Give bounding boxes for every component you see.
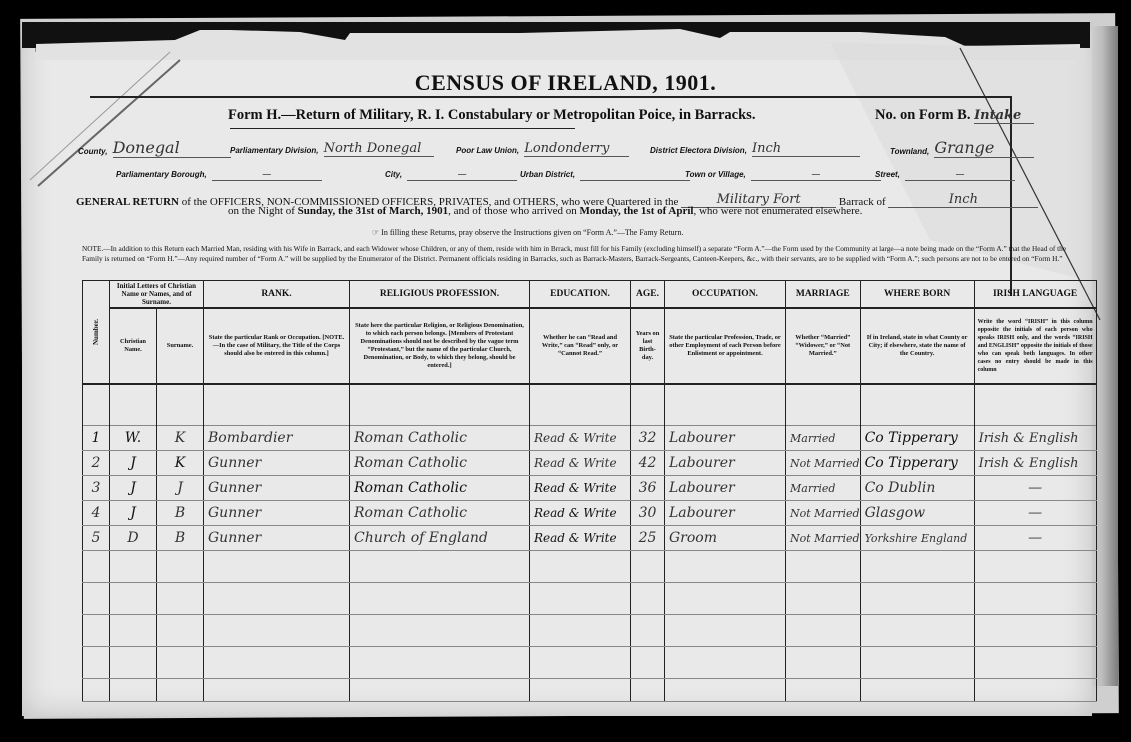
where-born-cell: Glasgow (860, 501, 974, 526)
census-night-suffix: , who were not enumerated elsewhere. (693, 205, 862, 217)
marriage-header: MARRIAGE (786, 281, 861, 309)
irish-language-cell: — (974, 501, 1096, 526)
parliamentary-division-field: Parliamentary Division, North Donegal (230, 138, 434, 157)
irish-language-cell: — (974, 476, 1096, 501)
parliamentary-borough-value: — (212, 170, 322, 181)
occupation-cell: Labourer (665, 501, 786, 526)
street-field: Street, — (875, 162, 1015, 181)
education-cell: Read & Write (530, 476, 631, 501)
surname-initial: J (157, 476, 204, 501)
instruction-line: ☞ In filling these Returns, pray observe… (372, 228, 683, 237)
census-night-date: Sunday, the 31st of March, 1901 (298, 205, 448, 217)
age-description: Years on last Birth-day. (631, 308, 665, 384)
marriage-cell: Not Married (786, 526, 861, 551)
rank-cell: Gunner (204, 451, 350, 476)
religion-header: RELIGIOUS PROFESSION. (350, 281, 530, 309)
occupation-cell: Labourer (665, 451, 786, 476)
where-born-header: WHERE BORN (860, 281, 974, 309)
form-b-label: No. on Form B. (875, 107, 970, 123)
form-b-number: No. on Form B. Intake (875, 107, 1034, 124)
education-header: EDUCATION. (530, 281, 631, 309)
occupation-cell: Groom (665, 526, 786, 551)
education-cell: Read & Write (530, 451, 631, 476)
age-header: AGE. (631, 281, 665, 309)
census-arrival-date: Monday, the 1st of April (579, 205, 693, 217)
form-title: Form H.—Return of Military, R. I. Consta… (228, 107, 755, 124)
county-field: County, Donegal (78, 138, 231, 158)
general-return-heading: GENERAL RETURN (76, 196, 179, 208)
surname-subheader: Surname. (157, 308, 204, 384)
religion-description: State here the particular Religion, or R… (350, 308, 530, 384)
surname-initial: B (157, 526, 204, 551)
urban-district-label: Urban District, (520, 170, 575, 179)
street-value: — (905, 170, 1015, 181)
number-header-label: Number. (92, 319, 100, 345)
ded-label: District Electora Division, (650, 146, 747, 155)
christian-name-subheader: Christian Name. (110, 308, 157, 384)
urban-district-value (580, 180, 690, 181)
irish-language-description: Write the word “IRISH” in this column op… (974, 308, 1096, 384)
table-row: 5 D B Gunner Church of England Read & Wr… (83, 526, 1097, 551)
occupation-description: State the particular Profession, Trade, … (665, 308, 786, 384)
barrack-of-value: Inch (888, 192, 1038, 208)
county-value: Donegal (113, 138, 231, 158)
poor-law-union-field: Poor Law Union, Londonderry (456, 138, 629, 157)
parliamentary-borough-label: Parliamentary Borough, (116, 170, 207, 179)
where-born-cell: Co Tipperary (860, 426, 974, 451)
age-cell: 30 (631, 501, 665, 526)
where-born-description: If in Ireland, state in what County or C… (860, 308, 974, 384)
table-row: 1 W. K Bombardier Roman Catholic Read & … (83, 426, 1097, 451)
empty-row (83, 647, 1097, 679)
occupation-header: OCCUPATION. (665, 281, 786, 309)
christian-initial: J (110, 451, 157, 476)
age-cell: 36 (631, 476, 665, 501)
census-night-prefix: on the Night of (228, 205, 298, 217)
christian-initial: W. (110, 426, 157, 451)
ded-value: Inch (752, 141, 860, 157)
parliamentary-division-label: Parliamentary Division, (230, 146, 318, 155)
form-title-underline (230, 128, 575, 129)
where-born-cell: Co Dublin (860, 476, 974, 501)
education-cell: Read & Write (530, 526, 631, 551)
education-cell: Read & Write (530, 501, 631, 526)
irish-language-cell: Irish & English (974, 426, 1096, 451)
street-label: Street, (875, 170, 900, 179)
row-number: 1 (83, 426, 110, 451)
parliamentary-borough-field: Parliamentary Borough, — (116, 162, 322, 181)
marriage-description: Whether “Married” “Widower,” or “Not Mar… (786, 308, 861, 384)
census-table: Number. Initial Letters of Christian Nam… (82, 280, 1097, 702)
rank-cell: Gunner (204, 476, 350, 501)
rank-cell: Gunner (204, 526, 350, 551)
christian-initial: D (110, 526, 157, 551)
row-number: 4 (83, 501, 110, 526)
occupation-cell: Labourer (665, 426, 786, 451)
marriage-cell: Not Married (786, 501, 861, 526)
surname-initial: B (157, 501, 204, 526)
townland-value: Grange (934, 138, 1034, 158)
religion-cell: Roman Catholic (350, 426, 530, 451)
number-header: Number. (83, 281, 110, 385)
surname-initial: K (157, 426, 204, 451)
initials-header: Initial Letters of Christian Name or Nam… (110, 281, 204, 309)
age-cell: 25 (631, 526, 665, 551)
age-cell: 32 (631, 426, 665, 451)
empty-row (83, 583, 1097, 615)
where-born-cell: Yorkshire England (860, 526, 974, 551)
town-field: Town or Village, — (685, 162, 881, 181)
city-label: City, (385, 170, 402, 179)
city-value: — (407, 170, 517, 181)
poor-law-union-label: Poor Law Union, (456, 146, 519, 155)
townland-field: Townland, Grange (890, 138, 1034, 158)
irish-language-cell: — (974, 526, 1096, 551)
table-row: 4 J B Gunner Roman Catholic Read & Write… (83, 501, 1097, 526)
form-b-value: Intake (974, 108, 1034, 124)
table-row: 2 J K Gunner Roman Catholic Read & Write… (83, 451, 1097, 476)
general-return-line-2: on the Night of Sunday, the 31st of Marc… (228, 205, 862, 217)
title-divider (90, 96, 1010, 98)
rank-header: RANK. (204, 281, 350, 309)
irish-language-cell: Irish & English (974, 451, 1096, 476)
row-number: 2 (83, 451, 110, 476)
parliamentary-division-value: North Donegal (324, 141, 434, 157)
row-number: 5 (83, 526, 110, 551)
note-paragraph: NOTE.—In addition to this Return each Ma… (82, 244, 1087, 264)
religion-cell: Roman Catholic (350, 451, 530, 476)
religion-cell: Church of England (350, 526, 530, 551)
religion-cell: Roman Catholic (350, 501, 530, 526)
christian-initial: J (110, 501, 157, 526)
row-number: 3 (83, 476, 110, 501)
marriage-cell: Not Married (786, 451, 861, 476)
urban-district-field: Urban District, (520, 162, 690, 181)
surname-initial: K (157, 451, 204, 476)
rank-description: State the particular Rank or Occupation.… (204, 308, 350, 384)
occupation-cell: Labourer (665, 476, 786, 501)
town-label: Town or Village, (685, 170, 746, 179)
rank-cell: Gunner (204, 501, 350, 526)
age-cell: 42 (631, 451, 665, 476)
ded-field: District Electora Division, Inch (650, 138, 860, 157)
page-title: CENSUS OF IRELAND, 1901. (0, 70, 1131, 96)
marriage-cell: Married (786, 476, 861, 501)
blank-spacer-row (83, 384, 1097, 426)
irish-language-header: IRISH LANGUAGE (974, 281, 1096, 309)
empty-row (83, 615, 1097, 647)
town-value: — (751, 170, 881, 181)
religion-cell: Roman Catholic (350, 476, 530, 501)
education-description: Whether he can “Read and Write,” can “Re… (530, 308, 631, 384)
table-row: 3 J J Gunner Roman Catholic Read & Write… (83, 476, 1097, 501)
empty-row (83, 551, 1097, 583)
townland-label: Townland, (890, 147, 929, 156)
rank-cell: Bombardier (204, 426, 350, 451)
city-field: City, — (385, 162, 517, 181)
education-cell: Read & Write (530, 426, 631, 451)
christian-initial: J (110, 476, 157, 501)
where-born-cell: Co Tipperary (860, 451, 974, 476)
county-label: County, (78, 147, 107, 156)
marriage-cell: Married (786, 426, 861, 451)
census-night-middle: , and of those who arrived on (448, 205, 579, 217)
poor-law-union-value: Londonderry (524, 141, 629, 157)
empty-row (83, 679, 1097, 702)
